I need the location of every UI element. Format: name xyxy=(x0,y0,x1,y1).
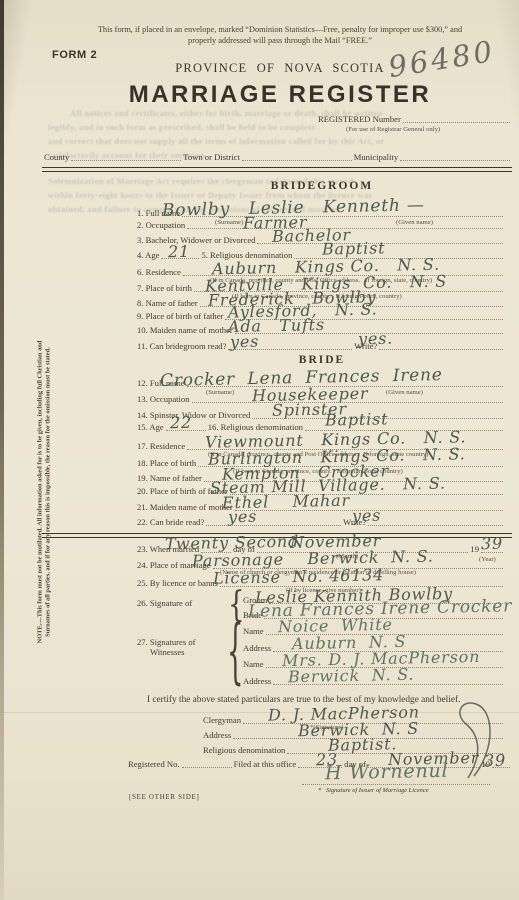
address-label: Address xyxy=(203,730,231,740)
dotted-line xyxy=(182,767,232,768)
address-label: Address xyxy=(243,676,271,686)
printed-year-prefix: 19 xyxy=(470,544,479,554)
handwritten-issuer-signature: H Wornenul xyxy=(325,760,449,785)
field-label: 9. Place of birth of father xyxy=(137,311,223,321)
witness-signatures-label: 27. Signatures of xyxy=(137,637,195,647)
dotted-line xyxy=(400,160,510,161)
bridegroom-section-heading: BRIDEGROOM xyxy=(137,180,507,192)
field-label: 8. Name of father xyxy=(137,298,198,308)
handwritten-licence-number: License No. 46134 xyxy=(213,565,385,588)
handwritten-bride-can-write: yes xyxy=(352,506,382,526)
field-label: 19. Name of father xyxy=(137,473,202,483)
field-label: 13. Occupation xyxy=(137,394,190,404)
handwritten-groom-can-write: yes. xyxy=(358,329,393,349)
bleedthrough-text: and correct that does not supply all the… xyxy=(48,136,385,146)
clergyman-label: Clergyman xyxy=(203,715,241,725)
witnesses-label: Witnesses xyxy=(150,647,185,657)
marriage-register-document: All notices and certificates, either for… xyxy=(0,0,519,900)
handwritten-bride-can-read: yes xyxy=(228,507,258,527)
dotted-line xyxy=(368,525,503,526)
field-label: 18. Place of birth xyxy=(137,458,196,468)
denomination-label: Religious denomination xyxy=(203,745,285,755)
field-label: 2. Occupation xyxy=(137,220,185,230)
paper-left-edge xyxy=(0,0,4,900)
handwritten-groom-age: 21 xyxy=(168,242,190,261)
field-label: 7. Place of birth xyxy=(137,283,192,293)
name-label: Name xyxy=(243,626,264,636)
page-title: MARRIAGE REGISTER xyxy=(40,81,519,109)
handwritten-witness2-address: Berwick N. S. xyxy=(288,665,415,687)
registered-number-note: (For use of Registrar General only) xyxy=(346,126,440,133)
county-town-municipality-row: County Town or District Municipality xyxy=(44,149,512,162)
field-label: 21. Maiden name of mother xyxy=(137,502,233,512)
handwritten-bride-religion: Baptist xyxy=(325,409,389,429)
side-note: NOTE.—This form must not be mutilated. A… xyxy=(37,277,54,707)
field-label: 25. By licence or banns xyxy=(137,578,218,588)
see-other-side-note: [SEE OTHER SIDE] xyxy=(129,794,200,801)
side-note-line-1: NOTE.—This form must not be mutilated. A… xyxy=(37,277,45,707)
field-read-write-groom: 11. Can bridegroom read? Write? xyxy=(137,338,505,351)
field-label: 17. Residence xyxy=(137,441,185,451)
double-rule xyxy=(42,167,512,172)
field-read-write-bride: 22. Can bride read? Write? xyxy=(137,514,505,527)
signature-of-label: 26. Signature of xyxy=(137,598,192,608)
field-label: 4. Age xyxy=(137,250,159,260)
bride-section-heading: BRIDE xyxy=(137,354,507,366)
address-label: Address xyxy=(243,643,271,653)
field-label: 22. Can bride read? xyxy=(137,517,204,527)
dotted-line xyxy=(403,122,510,123)
issuer-signature-note: * Signature of Issuer of Marriage Licenc… xyxy=(318,787,429,794)
field-label: 11. Can bridegroom read? xyxy=(137,341,226,351)
field-label: 3. Bachelor, Widower or Divorced xyxy=(137,235,255,245)
filed-label: Filed at this office xyxy=(234,759,297,769)
field-label: 15. Age xyxy=(137,422,164,432)
dotted-line xyxy=(206,525,341,526)
handwritten-groom-can-read: yes xyxy=(230,332,260,352)
bleedthrough-text: legibly, and in such form as prescribed,… xyxy=(48,122,315,132)
town-label: Town or District xyxy=(183,152,240,162)
field-label: 6. Residence xyxy=(137,267,181,277)
mail-note-line-1: This form, if placed in an envelope, mar… xyxy=(40,25,519,36)
registered-number-label: REGISTERED Number xyxy=(318,114,401,124)
dotted-line xyxy=(242,160,352,161)
dotted-line xyxy=(379,349,503,350)
handwritten-filed-year: 39 xyxy=(484,751,506,770)
form-number: FORM 2 xyxy=(52,49,97,61)
field-label: 10. Maiden name of mother xyxy=(137,325,233,335)
handwritten-marriage-year: 39 xyxy=(481,534,503,553)
county-label: County xyxy=(44,152,69,162)
dotted-line xyxy=(71,160,181,161)
name-label: Name xyxy=(243,659,264,669)
registered-number-row: REGISTERED Number xyxy=(318,111,512,124)
registered-no-label: Registered No. xyxy=(128,759,180,769)
brace-glyph: { xyxy=(227,612,244,695)
handwritten-bride-age: 22 xyxy=(170,413,192,432)
side-note-line-2: Surnames of all parties, and if for any … xyxy=(45,277,53,707)
municipality-label: Municipality xyxy=(354,152,398,162)
